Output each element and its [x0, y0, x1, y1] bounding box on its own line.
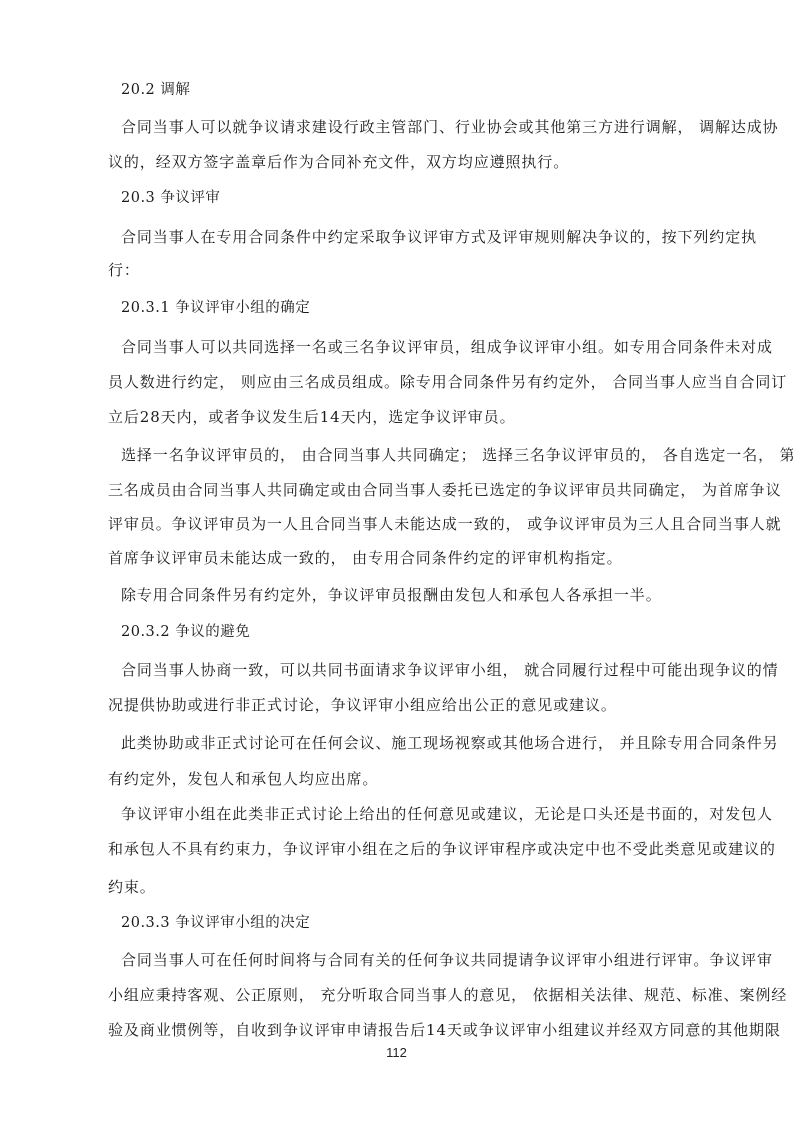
- paragraph-line: 验及商业惯例等，自收到争议评审申请报告后14天或争议评审小组建议并经双方同意的其…: [108, 1018, 718, 1042]
- heading-20-2: 20.2 调解: [121, 78, 190, 102]
- paragraph-line: 合同当事人可以共同选择一名或三名争议评审员，组成争议评审小组。如专用合同条件未对…: [121, 335, 718, 359]
- heading-20-3-3: 20.3.3 争议评审小组的决定: [121, 911, 310, 935]
- paragraph-line: 此类协助或非正式讨论可在任何会议、施工现场视察或其他场合进行， 并且除专用合同条…: [121, 731, 718, 755]
- heading-20-3-1: 20.3.1 争议评审小组的确定: [121, 296, 310, 320]
- paragraph-line: 争议评审小组在此类非正式讨论上给出的任何意见或建议，无论是口头还是书面的，对发包…: [121, 802, 718, 826]
- paragraph-line: 况提供协助或进行非正式讨论，争议评审小组应给出公正的意见或建议。: [108, 693, 718, 717]
- heading-20-3: 20.3 争议评审: [121, 186, 220, 210]
- paragraph-line: 三名成员由合同当事人共同确定或由合同当事人委托已选定的争议评审员共同确定， 为首…: [108, 478, 718, 502]
- paragraph-line: 议的，经双方签字盖章后作为合同补充文件，双方均应遵照执行。: [108, 150, 718, 174]
- paragraph-line: 小组应秉持客观、公正原则， 充分听取合同当事人的意见， 依据相关法律、规范、标准…: [108, 983, 718, 1007]
- paragraph-line: 选择一名争议评审员的， 由合同当事人共同确定； 选择三名争议评审员的， 各自选定…: [121, 443, 718, 467]
- paragraph-line: 有约定外，发包人和承包人均应出席。: [108, 767, 718, 791]
- paragraph-line: 除专用合同条件另有约定外，争议评审员报酬由发包人和承包人各承担一半。: [121, 583, 718, 607]
- page-number: 112: [0, 1045, 793, 1060]
- paragraph-line: 约束。: [108, 875, 718, 899]
- paragraph-line: 合同当事人在专用合同条件中约定采取争议评审方式及评审规则解决争议的，按下列约定执: [121, 225, 718, 249]
- paragraph-line: 行：: [108, 258, 718, 282]
- heading-20-3-2: 20.3.2 争议的避免: [121, 620, 250, 644]
- paragraph-line: 和承包人不具有约束力，争议评审小组在之后的争议评审程序或决定中也不受此类意见或建…: [108, 837, 718, 861]
- paragraph-line: 首席争议评审员未能达成一致的， 由专用合同条件约定的评审机构指定。: [108, 546, 718, 570]
- paragraph-line: 立后28天内，或者争议发生后14天内，选定争议评审员。: [108, 405, 718, 429]
- paragraph-line: 评审员。争议评审员为一人且合同当事人未能达成一致的， 或争议评审员为三人且合同当…: [108, 512, 718, 536]
- paragraph-line: 合同当事人可在任何时间将与合同有关的任何争议共同提请争议评审小组进行评审。争议评…: [121, 948, 718, 972]
- paragraph-line: 员人数进行约定， 则应由三名成员组成。除专用合同条件另有约定外， 合同当事人应当…: [108, 370, 718, 394]
- paragraph-line: 合同当事人协商一致，可以共同书面请求争议评审小组， 就合同履行过程中可能出现争议…: [121, 658, 718, 682]
- paragraph-line: 合同当事人可以就争议请求建设行政主管部门、行业协会或其他第三方进行调解， 调解达…: [121, 115, 718, 139]
